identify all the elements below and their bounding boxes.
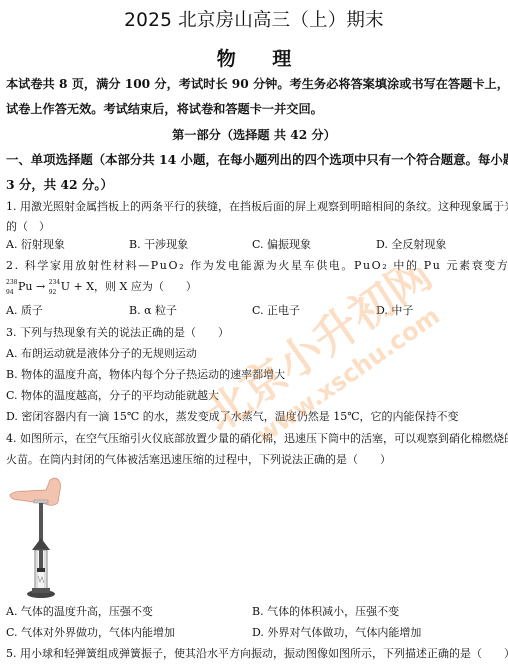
question-4-stem-line-2: 火苗。在筒内封闭的气体被活塞迅速压缩的过程中，下列说法正确的是（ ） bbox=[6, 452, 391, 468]
decay-equation: 23894Pu → 23492U + X，则 X 应为（ ） bbox=[6, 278, 197, 296]
equation-rest: + X，则 X 应为（ ） bbox=[74, 280, 197, 293]
exam-subject: 物 理 bbox=[0, 44, 508, 71]
question-1-option-d[interactable]: D. 全反射现象 bbox=[376, 237, 446, 253]
question-1-option-b[interactable]: B. 干涉现象 bbox=[129, 237, 188, 253]
question-4-option-d[interactable]: D. 外界对气体做功，气体内能增加 bbox=[252, 625, 421, 641]
u-nuclide-numbers: 23492 bbox=[49, 278, 61, 296]
section-instruction-line-1: 一、单项选择题（本部分共 14 小题，在每小题列出的四个选项中只有一个符合题意。… bbox=[6, 152, 508, 168]
question-4-stem-line-1: 4. 如图所示，在空气压缩引火仪底部放置少量的硝化棉，迅速压下筒中的活塞，可以观… bbox=[6, 431, 508, 447]
pu-mass-number: 238 bbox=[6, 279, 17, 286]
question-4-option-c[interactable]: C. 气体对外界做功，气体内能增加 bbox=[6, 625, 175, 641]
pu-nuclide-numbers: 23894 bbox=[6, 278, 18, 296]
u-atomic-number: 92 bbox=[49, 289, 57, 296]
question-2-stem-line-1: 2. 科学家用放射性材料—PuO₂ 作为发电能源为火星车供电。PuO₂ 中的 P… bbox=[6, 258, 508, 274]
exam-title: 2025 北京房山高三（上）期末 bbox=[0, 6, 508, 32]
question-1-option-c[interactable]: C. 偏振现象 bbox=[252, 237, 311, 253]
exam-page: 2025 北京房山高三（上）期末 物 理 本试卷共 8 页，满分 100 分，考… bbox=[0, 0, 508, 668]
instructions-line-2: 试卷上作答无效。考试结束后，将试卷和答题卡一并交回。 bbox=[6, 101, 323, 117]
question-3-option-a[interactable]: A. 布朗运动就是液体分子的无规则运动 bbox=[6, 346, 197, 362]
question-2-option-d[interactable]: D. 中子 bbox=[376, 303, 413, 319]
section-instruction-line-2: 3 分，共 42 分。） bbox=[6, 177, 113, 193]
question-2-option-b[interactable]: B. α 粒子 bbox=[129, 303, 177, 319]
question-4-option-b[interactable]: B. 气体的体积减小，压强不变 bbox=[252, 604, 399, 620]
question-2-option-c[interactable]: C. 正电子 bbox=[252, 303, 300, 319]
u-mass-number: 234 bbox=[49, 279, 60, 286]
arrow-symbol: → bbox=[33, 280, 49, 293]
u-symbol: U bbox=[61, 280, 70, 293]
part-heading: 第一部分（选择题 共 42 分） bbox=[0, 127, 508, 143]
question-3-stem: 3. 下列与热现象有关的说法正确的是（ ） bbox=[6, 325, 229, 341]
instructions-line-1: 本试卷共 8 页，满分 100 分，考试时长 90 分钟。考生务必将答案填涂或书… bbox=[6, 76, 508, 92]
question-3-option-b[interactable]: B. 物体的温度升高，物体内每个分子热运动的速率都增大 bbox=[6, 367, 285, 383]
pu-symbol: Pu bbox=[18, 280, 33, 293]
question-1-option-a[interactable]: A. 衍射现象 bbox=[6, 237, 65, 253]
question-1-stem-line-2: 的（ ） bbox=[6, 219, 50, 235]
question-5-stem: 5. 用小球和轻弹簧组成弹簧振子，使其沿水平方向振动，振动图像如图所示，下列描述… bbox=[6, 646, 508, 662]
question-2-option-a[interactable]: A. 质子 bbox=[6, 303, 43, 319]
pu-atomic-number: 94 bbox=[6, 289, 14, 296]
question-3-option-d[interactable]: D. 密闭容器内有一滴 15℃ 的水，蒸发变成了水蒸气，温度仍然是 15℃，它的… bbox=[6, 409, 459, 425]
fire-syringe-figure bbox=[6, 476, 66, 602]
question-4-option-a[interactable]: A. 气体的温度升高，压强不变 bbox=[6, 604, 153, 620]
question-3-option-c[interactable]: C. 物体的温度越高，分子的平均动能就越大 bbox=[6, 388, 219, 404]
question-1-stem-line-1: 1. 用激光照射金属挡板上的两条平行的狭缝，在挡板后面的屏上观察到明暗相间的条纹… bbox=[6, 199, 508, 215]
